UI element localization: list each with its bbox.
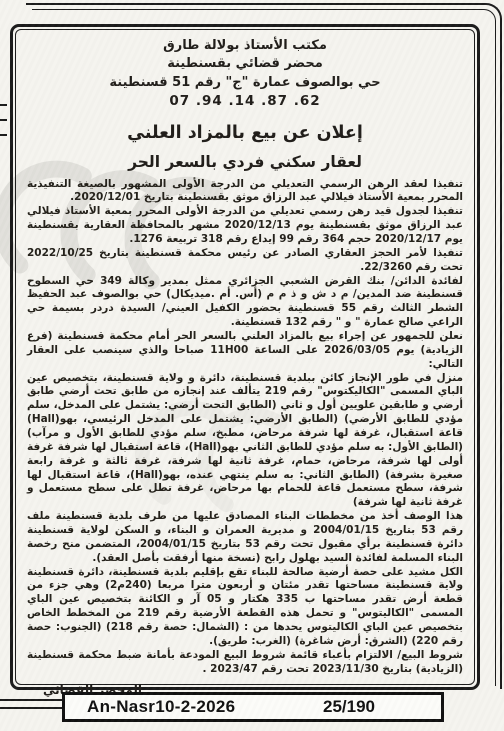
ad-body: تنفيذا لعقد الرهن الرسمي التعديلي من الد…	[27, 178, 463, 677]
body-paragraph: شروط البيع/ الالتزام بأعباء قائمة شروط ا…	[27, 649, 463, 677]
body-paragraph: منزل في طور الإنجاز كائن ببلدية قسنطينة،…	[27, 372, 463, 511]
footer-credit-box: An-Nasr10-2-2026 25/190	[62, 692, 444, 722]
ad-subtitle: لعقار سكني فردي بالسعر الحر	[27, 153, 463, 171]
left-edge-mark	[0, 104, 7, 106]
body-paragraph: هذا الوصف أخذ من مخططات البناء المصادق ع…	[27, 510, 463, 565]
ad-border-frame: مكتب الأستاذ بولالة طارق محضر قضائي بقسن…	[10, 24, 480, 690]
ad-title: إعلان عن بيع بالمزاد العلني	[27, 123, 463, 143]
page-number: 25/190	[323, 697, 375, 717]
body-paragraph: تنفيذا لجدول قيد رهن رسمي تعديلي من الدر…	[27, 205, 463, 247]
body-paragraph: لفائدة الدائن/ بنك القرض الشعبي الجزائري…	[27, 275, 463, 330]
newspaper-name-date: An-Nasr10-2-2026	[87, 697, 235, 717]
office-phone: 07 .94 .14 .87 .62	[27, 92, 463, 111]
body-paragraph: نعلن للجمهور عن إجراء بيع بالمزاد العلني…	[27, 330, 463, 372]
body-paragraph: تنفيذا لعقد الرهن الرسمي التعديلي من الد…	[27, 178, 463, 206]
office-name: مكتب الأستاذ بولالة طارق	[27, 37, 463, 55]
left-edge-mark	[0, 134, 7, 136]
ad-content: مكتب الأستاذ بولالة طارق محضر قضائي بقسن…	[15, 29, 475, 685]
office-header: مكتب الأستاذ بولالة طارق محضر قضائي بقسن…	[27, 37, 463, 112]
body-paragraph: الكل مشيد على حصة أرضية صالحة للبناء تقع…	[27, 566, 463, 649]
newspaper-ad-scan: مكتب الأستاذ بولالة طارق محضر قضائي بقسن…	[0, 0, 504, 731]
left-edge-mark	[0, 119, 7, 121]
office-address: حي بوالصوف عمارة "ج" رقم 51 قسنطينة	[27, 74, 463, 92]
body-paragraph: تنفيذا لأمر الحجز العقاري الصادر عن رئيس…	[27, 247, 463, 275]
bottom-left-rule-lines	[0, 699, 66, 709]
officer-role: محضر قضائي بقسنطينة	[27, 55, 463, 73]
